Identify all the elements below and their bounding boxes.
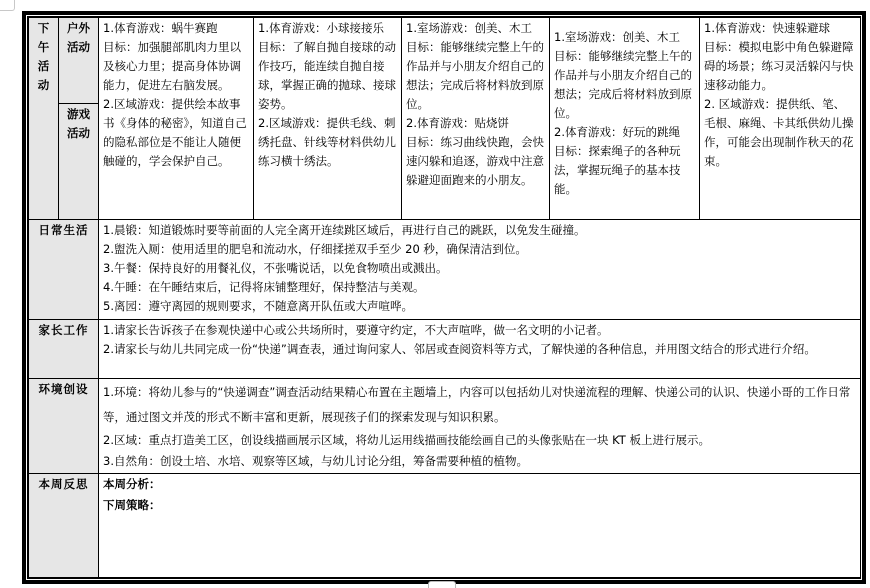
cell-line: 3.自然角：创设土培、水培、观察等区域，与幼儿讨论分组，筹备需要种植的植物。 [103, 451, 856, 472]
cell-line: 1.请家长告诉孩子在参观快递中心或公共场所时，要遵守约定，不大声喧哗，做一名文明… [103, 321, 856, 340]
cell-line: 目标：加强腿部肌肉力里以及核心力里；提高身体协调能力，促进左右脑发展。 [103, 38, 249, 95]
cell-line: 2. 区域游戏：提供纸、笔、毛根、麻绳、卡其纸供幼儿操作，可能会出现制作秋天的花… [704, 95, 856, 171]
outdoor-activity-label: 户外 活动 [59, 18, 99, 104]
environment-label: 环境创设 [29, 379, 99, 474]
cell-line: 5.离园：遵守离园的规则要求，不随意离开队伍或大声喧哗。 [103, 297, 856, 316]
cell-line: 1.体育游戏：蜗牛赛跑 [103, 19, 249, 38]
cell-line: 1.体育游戏：小球接接乐 [258, 19, 397, 38]
day-cell-1: 1.体育游戏：蜗牛赛跑 目标：加强腿部肌肉力里以及核心力里；提高身体协调能力，促… [99, 18, 254, 220]
cell-line: 目标：了解自抛自接球的动作技巧，能连续自抛自接球，掌握正确的抛球、接球姿势。 [258, 38, 397, 114]
cell-line: 2.区域：重点打造美工区，创设线描画展示区域，将幼儿运用线描画技能绘画自己的头像… [103, 430, 856, 451]
cell-line: 目标：模拟电影中角色躲避障碍的场景；练习灵活躲闪与快速移动能力。 [704, 38, 856, 95]
cell-line: 2.体育游戏：好玩的跳绳 [554, 123, 695, 142]
afternoon-activity-label: 下 午 活 动 [29, 18, 59, 220]
cell-line: 4.午睡：在午睡结束后，记得将床铺整理好，保持整洁与美观。 [103, 278, 856, 297]
cell-line: 1.室场游戏：创美、木工 [406, 19, 545, 38]
page-resize-handle[interactable] [428, 581, 456, 588]
week-analysis-label: 本周分析： [103, 475, 856, 494]
weekly-plan-table: 下 午 活 动 户外 活动 1.体育游戏：蜗牛赛跑 目标：加强腿部肌肉力里以及核… [28, 17, 861, 578]
label-char: 午 [33, 38, 54, 57]
next-week-strategy-label: 下周策略： [103, 496, 856, 515]
day-cell-5: 1.体育游戏：快速躲避球 目标：模拟电影中角色躲避障碍的场景；练习灵活躲闪与快速… [700, 18, 861, 220]
label-char: 活 [33, 57, 54, 76]
label-text: 游戏 [63, 105, 94, 124]
parent-work-content: 1.请家长告诉孩子在参观快递中心或公共场所时，要遵守约定，不大声喧哗，做一名文明… [99, 320, 861, 379]
day-cell-3: 1.室场游戏：创美、木工 目标：能够继续完整上午的作品并与小朋友介绍自己的想法；… [402, 18, 550, 220]
day-cell-4: 1.室场游戏：创美、木工 目标：能够继续完整上午的作品并与小朋友介绍自己的想法；… [550, 18, 700, 220]
environment-content: 1.环境：将幼儿参与的“快递调查”调查活动结果精心布置在主题墙上，内容可以包括幼… [99, 379, 861, 474]
cell-line: 目标：练习曲线快跑，会快速闪躲和追逐，游戏中注意躲避迎面跑来的小朋友。 [406, 133, 545, 190]
plan-table-frame: 下 午 活 动 户外 活动 1.体育游戏：蜗牛赛跑 目标：加强腿部肌肉力里以及核… [22, 11, 866, 584]
reflection-content[interactable]: 本周分析： 下周策略： [99, 474, 861, 578]
label-char: 动 [33, 76, 54, 95]
cell-line: 1.晨锻：知道锻炼时要等前面的人完全离开连续跳区域后，再进行自己的跳跃，以免发生… [103, 221, 856, 240]
cell-line: 目标：探索绳子的各种玩法，掌握玩绳子的基本技能。 [554, 142, 695, 199]
cell-line: 目标：能够继续完整上午的作品并与小朋友介绍自己的想法；完成后将材料放到原位。 [406, 38, 545, 114]
corner-handle[interactable] [0, 0, 15, 11]
parent-work-label: 家长工作 [29, 320, 99, 379]
label-text: 活动 [63, 38, 94, 57]
reflection-label: 本周反思 [29, 474, 99, 578]
day-cell-2: 1.体育游戏：小球接接乐 目标：了解自抛自接球的动作技巧，能连续自抛自接球，掌握… [254, 18, 402, 220]
cell-line: 1.体育游戏：快速躲避球 [704, 19, 856, 38]
daily-life-content: 1.晨锻：知道锻炼时要等前面的人完全离开连续跳区域后，再进行自己的跳跃，以免发生… [99, 220, 861, 320]
cell-line: 2.区域游戏：提供毛线、刺绣托盘、针线等材料供幼儿练习横十绣法。 [258, 114, 397, 171]
cell-line: 3.午餐：保持良好的用餐礼仪，不张嘴说话，以免食物喷出或溅出。 [103, 259, 856, 278]
game-activity-label: 游戏 活动 [59, 104, 99, 220]
cell-line: 目标：能够继续完整上午的作品并与小朋友介绍自己的想法；完成后将材料放到原位。 [554, 47, 695, 123]
label-text: 户外 [63, 19, 94, 38]
cell-line: 2.区域游戏：提供绘本故事书《身体的秘密》，知道自己的隐私部位是不能让人随便触碰… [103, 95, 249, 171]
cell-line: 1.室场游戏：创美、木工 [554, 28, 695, 47]
cell-line: 1.环境：将幼儿参与的“快递调查”调查活动结果精心布置在主题墙上，内容可以包括幼… [103, 380, 856, 430]
cell-line: 2.体育游戏：贴烧饼 [406, 114, 545, 133]
daily-life-label: 日常生活 [29, 220, 99, 320]
label-char: 下 [33, 19, 54, 38]
label-text: 活动 [63, 124, 94, 143]
cell-line: 2.请家长与幼儿共同完成一份“快递”调查表，通过询问家人、邻居或查阅资料等方式，… [103, 340, 856, 359]
cell-line: 2.盥洗入厕：使用适里的肥皂和流动水，仔细揉搓双手至少 20 秒，确保清洁到位。 [103, 240, 856, 259]
